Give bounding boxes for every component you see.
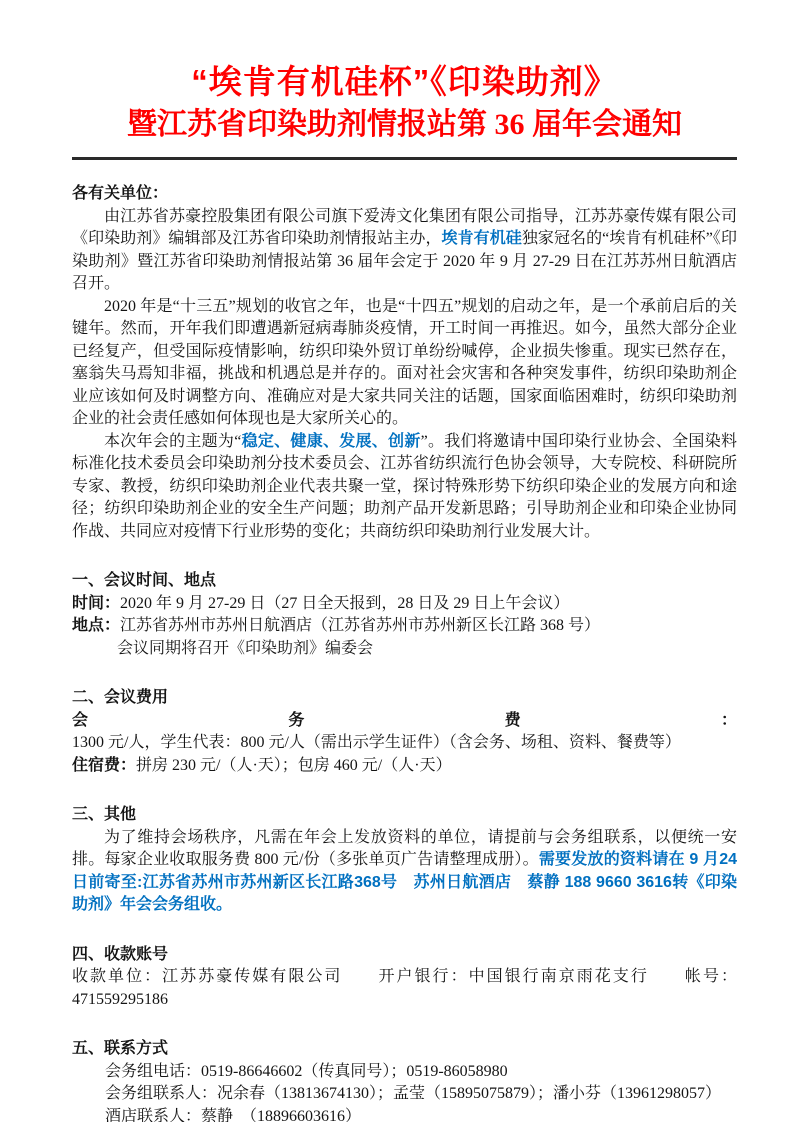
conference-fee-line: 会务费：1300 元/人，学生代表：800 元/人（需出示学生证件）（含会务、场… [72, 710, 737, 755]
text-run: 2020 年是“十三五”规划的收官之年，也是“十四五”规划的启动之年，是一个承前… [72, 298, 737, 428]
document-header: “埃肯有机硅杯”《印染助剂》 暨江苏省印染助剂情报站第 36 届年会通知 [72, 62, 737, 160]
salutation: 各有关单位： [72, 183, 737, 206]
text-run: 江苏省苏州市苏州日航酒店（江苏省苏州市苏州新区长江路 368 号） [120, 617, 600, 634]
section-others: 三、其他 为了维持会场秩序，凡需在年会上发放资料的单位，请提前与会务组联系，以便… [72, 804, 737, 917]
section-payment-heading: 四、收款账号 [72, 944, 737, 967]
concurrent-meeting-note: 会议同期将召开《印染助剂》编委会 [72, 638, 737, 661]
title-line2: 暨江苏省印染助剂情报站第 36 届年会通知 [72, 106, 737, 144]
section-time-place-heading: 一、会议时间、地点 [72, 570, 737, 593]
text-run: 1300 元/人，学生代表：800 元/人（需出示学生证件）（含会务、场租、资料… [72, 734, 681, 751]
intro-paragraph-2: 2020 年是“十三五”规划的收官之年，也是“十四五”规划的启动之年，是一个承前… [72, 296, 737, 431]
document-page: “埃肯有机硅杯”《印染助剂》 暨江苏省印染助剂情报站第 36 届年会通知 各有关… [0, 0, 793, 1122]
highlighted-text-run: 埃肯有机硅 [442, 230, 522, 247]
bold-label-run: 时间： [72, 595, 120, 612]
text-run: 本次年会的主题为“ [104, 433, 241, 450]
intro-paragraph-3: 本次年会的主题为“稳定、健康、发展、创新”。我们将邀请中国印染行业协会、全国染料… [72, 431, 737, 544]
contact-members-line: 会务组联系人：况余春（13813674130）；孟莹（15895075879）；… [72, 1083, 737, 1106]
intro-paragraph-1: 由江苏省苏豪控股集团有限公司旗下爱涛文化集团有限公司指导，江苏苏豪传媒有限公司《… [72, 206, 737, 296]
header-divider [72, 157, 737, 160]
section-contacts-heading: 五、联系方式 [72, 1038, 737, 1061]
payment-account-line: 收款单位：江苏苏豪传媒有限公司 开户银行：中国银行南京雨花支行 帐号：47155… [72, 966, 737, 1011]
bold-label-run: 会务费： [72, 712, 737, 729]
bold-label-run: 住宿费： [72, 757, 136, 774]
text-run: 拼房 230 元/（人·天）；包房 460 元/（人·天） [136, 757, 452, 774]
section-fees-heading: 二、会议费用 [72, 687, 737, 710]
text-run: 2020 年 9 月 27-29 日（27 日全天报到，28 日及 29 日上午… [120, 595, 569, 612]
section-payment: 四、收款账号 收款单位：江苏苏豪传媒有限公司 开户银行：中国银行南京雨花支行 帐… [72, 944, 737, 1012]
section-time-place: 一、会议时间、地点 时间：2020 年 9 月 27-29 日（27 日全天报到… [72, 570, 737, 660]
place-line: 地点：江苏省苏州市苏州日航酒店（江苏省苏州市苏州新区长江路 368 号） [72, 615, 737, 638]
section-contacts: 五、联系方式 会务组电话：0519-86646602（传真同号）；0519-86… [72, 1038, 737, 1122]
lodging-fee-line: 住宿费：拼房 230 元/（人·天）；包房 460 元/（人·天） [72, 755, 737, 778]
others-paragraph: 为了维持会场秩序，凡需在年会上发放资料的单位，请提前与会务组联系，以便统一安排。… [72, 827, 737, 917]
highlighted-text-run: 稳定、健康、发展、创新 [241, 433, 420, 450]
time-line: 时间：2020 年 9 月 27-29 日（27 日全天报到，28 日及 29 … [72, 593, 737, 616]
bold-label-run: 地点： [72, 617, 120, 634]
contact-phone-line: 会务组电话：0519-86646602（传真同号）；0519-86058980 [72, 1061, 737, 1084]
contact-hotel-line: 酒店联系人：蔡静 （18896603616） [72, 1106, 737, 1122]
title-line1: “埃肯有机硅杯”《印染助剂》 [72, 62, 737, 102]
section-others-heading: 三、其他 [72, 804, 737, 827]
section-fees: 二、会议费用 会务费：1300 元/人，学生代表：800 元/人（需出示学生证件… [72, 687, 737, 777]
